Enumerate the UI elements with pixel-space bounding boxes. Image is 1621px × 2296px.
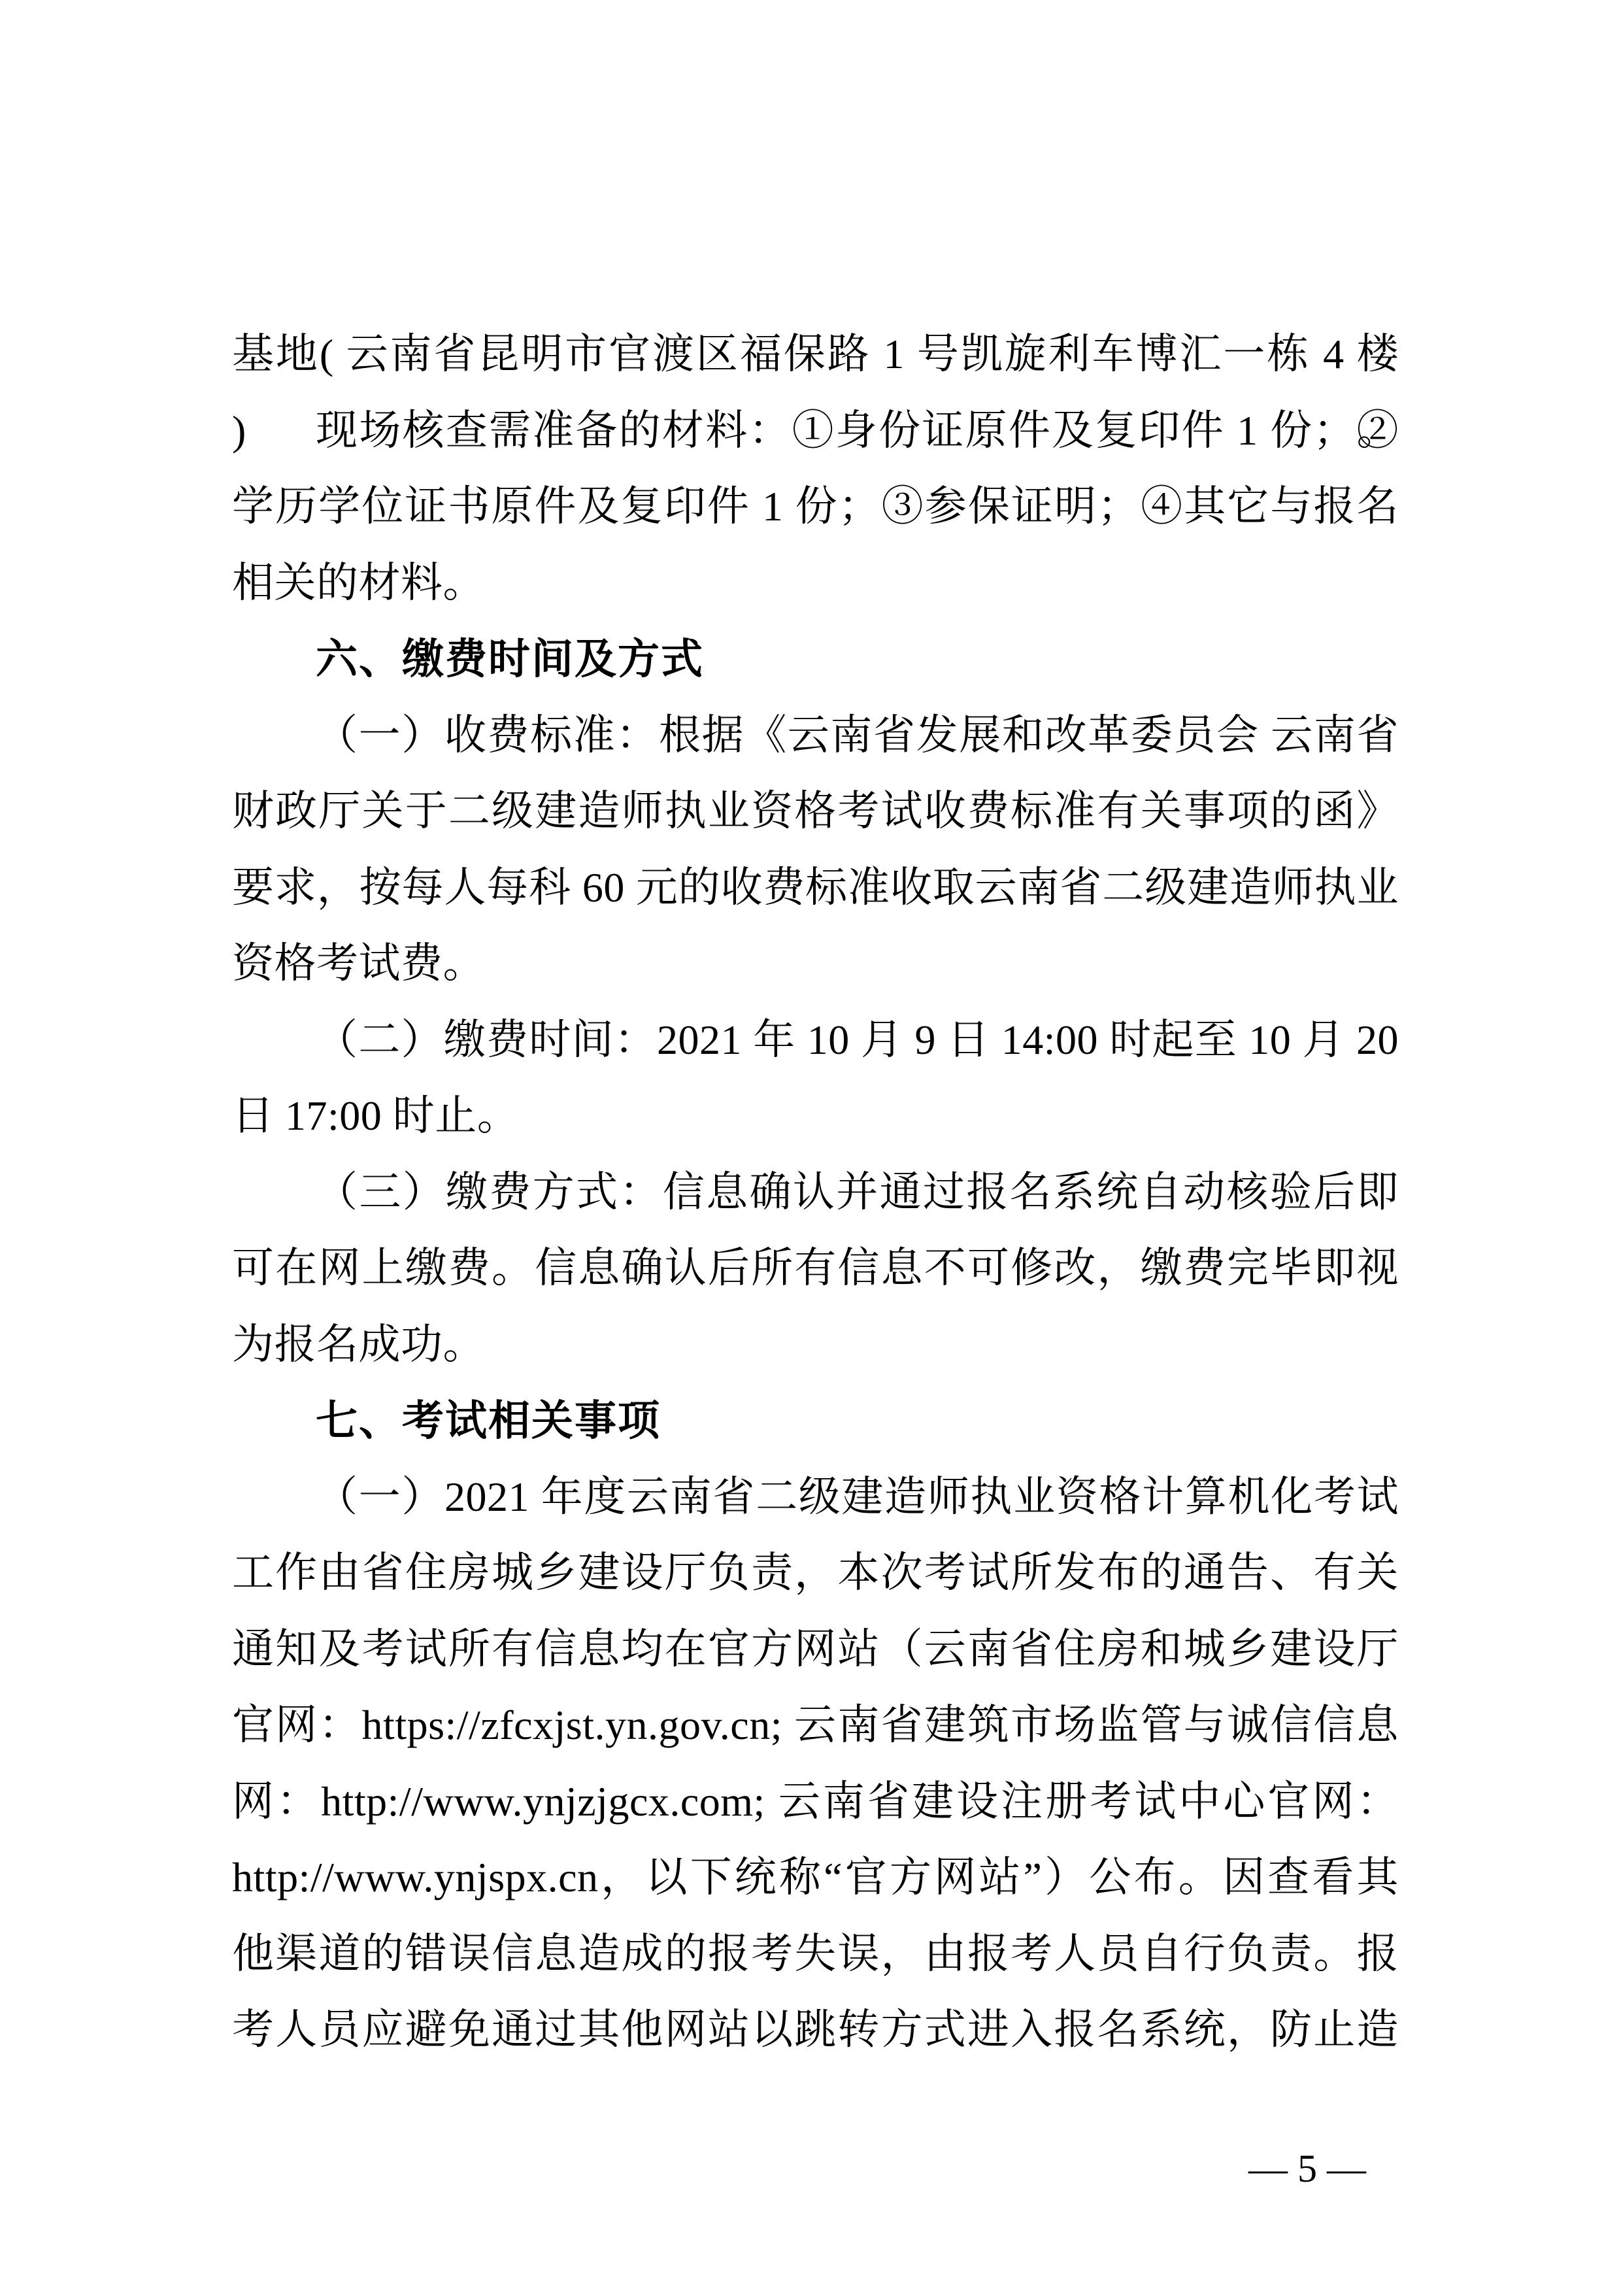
document-body: 基地( 云南省昆明市官渡区福保路 1 号凯旋利车博汇一栋 4 楼 )。现场核查需… [232, 316, 1399, 2068]
text-line: http://www.ynjspx.cn，以下统称“官方网站”）公布。因查看其 [232, 1840, 1399, 1916]
text-line: （一）2021 年度云南省二级建造师执业资格计算机化考试 [232, 1459, 1399, 1536]
text-line: 学历学位证书原件及复印件 1 份；③参保证明；④其它与报名 [232, 469, 1399, 545]
page-number: — 5 — [1248, 2147, 1366, 2190]
document-page: { "document": { "language": "zh-CN", "li… [0, 0, 1621, 2296]
text-line: 要求，按每人每科 60 元的收费标准收取云南省二级建造师执业 [232, 850, 1399, 926]
text-line: 官网：https://zfcxjst.yn.gov.cn; 云南省建筑市场监管与… [232, 1687, 1399, 1764]
text-line: 通知及考试所有信息均在官方网站（云南省住房和城乡建设厅 [232, 1612, 1399, 1688]
text-line: （一）收费标准：根据《云南省发展和改革委员会 云南省 [232, 698, 1399, 774]
text-line: 基地( 云南省昆明市官渡区福保路 1 号凯旋利车博汇一栋 4 楼 )。 [232, 316, 1399, 393]
text-line: 网：http://www.ynjzjgcx.com; 云南省建设注册考试中心官网… [232, 1764, 1399, 1840]
section-heading: 七、考试相关事项 [232, 1383, 1399, 1459]
text-line: 财政厅关于二级建造师执业资格考试收费标准有关事项的函》 [232, 773, 1399, 850]
text-line: （三）缴费方式：信息确认并通过报名系统自动核验后即 [232, 1155, 1399, 1231]
text-line: 为报名成功。 [232, 1307, 1399, 1383]
section-heading: 六、缴费时间及方式 [232, 621, 1399, 698]
text-line: 资格考试费。 [232, 926, 1399, 1002]
text-line: 现场核查需准备的材料：①身份证原件及复印件 1 份；② [232, 393, 1399, 469]
text-line: （二）缴费时间：2021 年 10 月 9 日 14:00 时起至 10 月 2… [232, 1002, 1399, 1079]
text-line: 可在网上缴费。信息确认后所有信息不可修改，缴费完毕即视 [232, 1230, 1399, 1307]
page-footer: — 5 — [1222, 2133, 1392, 2204]
text-line: 日 17:00 时止。 [232, 1078, 1399, 1155]
text-line: 他渠道的错误信息造成的报考失误，由报考人员自行负责。报 [232, 1916, 1399, 1993]
text-line: 相关的材料。 [232, 545, 1399, 622]
text-line: 工作由省住房城乡建设厅负责，本次考试所发布的通告、有关 [232, 1535, 1399, 1612]
text-line: 考人员应避免通过其他网站以跳转方式进入报名系统，防止造 [232, 1992, 1399, 2068]
